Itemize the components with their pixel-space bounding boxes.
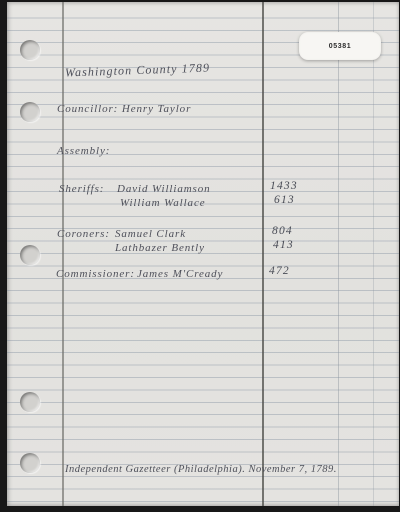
margin-line <box>62 2 64 506</box>
entry-name: Samuel Clark <box>115 228 186 240</box>
entry-votes: 613 <box>274 194 295 206</box>
councillor-line: Councillor: Henry Taylor <box>57 103 191 115</box>
entry-name: Lathbazer Bently <box>115 242 205 254</box>
entry-votes: 413 <box>273 239 294 251</box>
punch-hole <box>20 453 40 473</box>
right-column-line <box>338 2 339 506</box>
entry-name: James M'Cready <box>137 268 223 280</box>
column-divider-line <box>262 2 264 506</box>
punch-hole <box>20 102 40 122</box>
notebook-page: 05381 Washington County 1789 Councillor:… <box>7 2 399 506</box>
entry-name: William Wallace <box>120 197 206 209</box>
entry-votes: 804 <box>272 225 293 237</box>
punch-hole <box>20 392 40 412</box>
entry-office: Sheriffs: <box>59 183 104 195</box>
punch-hole <box>20 40 40 60</box>
entry-office: Commissioner: <box>56 268 135 280</box>
catalog-label: 05381 <box>299 32 381 60</box>
entry-office: Coroners: <box>57 228 110 240</box>
assembly-heading: Assembly: <box>57 145 110 157</box>
catalog-number: 05381 <box>329 43 351 50</box>
entry-votes: 1433 <box>270 180 298 192</box>
scanned-document-viewport: { "scan": { "label_number": "05381" }, "… <box>0 0 400 512</box>
ruled-lines <box>7 6 399 504</box>
source-citation: Independent Gazetteer (Philadelphia). No… <box>65 464 337 475</box>
punch-hole <box>20 245 40 265</box>
entry-name: David Williamson <box>117 183 211 195</box>
entry-votes: 472 <box>269 265 290 277</box>
far-right-column-line <box>373 2 374 506</box>
